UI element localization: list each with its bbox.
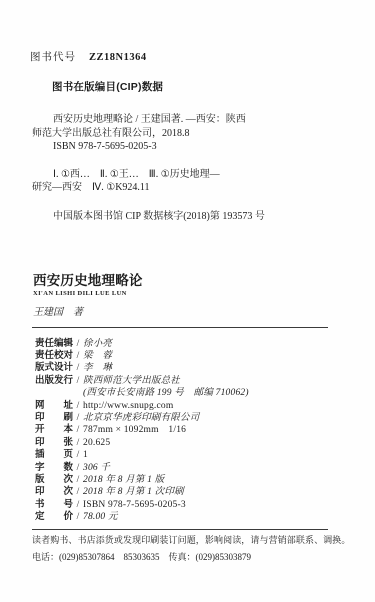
colophon-label: 印 次 — [35, 486, 73, 498]
book-code-label: 图书代号 — [30, 52, 76, 63]
colophon-separator: / — [73, 424, 83, 436]
colophon-label: 版式设计 — [35, 362, 73, 374]
cip-classification: Ⅰ. ①西… Ⅱ. ①王… Ⅲ. ①历史地理— 研究—西安 Ⅳ. ①K924.1… — [32, 168, 272, 195]
cip-heading: 图书在版编目(CIP)数据 — [52, 81, 375, 93]
book-title: 西安历史地理略论 — [33, 273, 375, 288]
colophon-value-url: http://www.snupg.com — [83, 400, 173, 412]
colophon-row-publisher: 出版发行 / 陕西师范大学出版总社 — [0, 375, 375, 387]
cip-isbn-line: ISBN 978-7-5695-0205-3 — [32, 140, 272, 154]
colophon-value: 北京京华虎彩印刷有限公司 — [83, 412, 199, 424]
book-code-line: 图书代号ZZ18N1364 — [30, 0, 375, 64]
colophon-separator: / — [73, 462, 83, 474]
colophon-row-inserts: 插 页 / 1 — [0, 449, 375, 461]
colophon-value: 306 千 — [83, 462, 110, 474]
book-title-pinyin: XI'AN LISHI DILI LUE LUN — [33, 290, 375, 298]
classification-line-1: Ⅰ. ①西… Ⅱ. ①王… Ⅲ. ①历史地理— — [32, 168, 272, 182]
cip-record-number: 中国版本图书馆 CIP 数据核字(2018)第 193573 号 — [32, 210, 375, 223]
colophon-value: 徐小亮 — [83, 338, 112, 350]
colophon-row-printing: 印 次 / 2018 年 8 月第 1 次印刷 — [0, 486, 375, 498]
colophon-row-website: 网 址 / http://www.snupg.com — [0, 400, 375, 412]
colophon-row-editor: 责任编辑 / 徐小亮 — [0, 338, 375, 350]
publisher-address-row: (西安市长安南路 199 号 邮编 710062) — [0, 387, 375, 399]
book-copyright-page: 图书代号ZZ18N1364 图书在版编目(CIP)数据 西安历史地理略论 / 王… — [0, 0, 375, 602]
colophon-label: 插 页 — [35, 449, 73, 461]
colophon-value: 2018 年 8 月第 1 次印刷 — [83, 486, 184, 498]
colophon-list: 责任编辑 / 徐小亮 责任校对 / 梁 蓉 版式设计 / 李 琳 出版发行 / … — [0, 338, 375, 524]
colophon-separator: / — [73, 449, 83, 461]
colophon-separator: / — [73, 412, 83, 424]
colophon-separator: / — [73, 375, 83, 387]
colophon-separator: / — [73, 400, 83, 412]
colophon-value: 李 琳 — [83, 362, 112, 374]
colophon-value: 梁 蓉 — [83, 350, 112, 362]
colophon-separator: / — [73, 362, 83, 374]
colophon-separator: / — [73, 474, 83, 486]
colophon-row-word-count: 字 数 / 306 千 — [0, 462, 375, 474]
colophon-value: 1 — [83, 449, 88, 461]
book-code-value: ZZ18N1364 — [89, 52, 147, 63]
colophon-separator: / — [73, 499, 83, 511]
colophon-value: 陕西师范大学出版总社 — [83, 375, 180, 387]
cip-line-1: 西安历史地理略论 / 王建国著. —西安：陕西 — [32, 113, 272, 127]
divider-line-top — [32, 327, 328, 328]
colophon-label: 书 号 — [35, 499, 73, 511]
colophon-label: 版 次 — [35, 474, 73, 486]
colophon-label: 网 址 — [35, 400, 73, 412]
colophon-row-format: 开 本 / 787mm × 1092mm 1/16 — [0, 424, 375, 436]
colophon-value: 787mm × 1092mm 1/16 — [83, 424, 186, 436]
colophon-row-edition: 版 次 / 2018 年 8 月第 1 版 — [0, 474, 375, 486]
colophon-separator: / — [73, 350, 83, 362]
colophon-label: 印 张 — [35, 437, 73, 449]
classification-line-2: 研究—西安 Ⅳ. ①K924.11 — [32, 181, 272, 195]
colophon-value: ISBN 978-7-5695-0205-3 — [83, 499, 186, 511]
colophon-row-price: 定 价 / 78.00 元 — [0, 511, 375, 523]
colophon-row-isbn: 书 号 / ISBN 978-7-5695-0205-3 — [0, 499, 375, 511]
book-author: 王建国 著 — [33, 307, 375, 319]
publisher-address: (西安市长安南路 199 号 邮编 710062) — [83, 387, 249, 399]
colophon-label: 印 刷 — [35, 412, 73, 424]
colophon-label: 责任校对 — [35, 350, 73, 362]
colophon-value: 20.625 — [83, 437, 110, 449]
colophon-separator: / — [73, 486, 83, 498]
colophon-row-proofreader: 责任校对 / 梁 蓉 — [0, 350, 375, 362]
colophon-row-sheets: 印 张 / 20.625 — [0, 437, 375, 449]
footer: 读者购书、书店添货或发现印刷装订问题，影响阅读，请与营销部联系、调换。 电话：(… — [32, 535, 352, 563]
colophon-value: 78.00 元 — [83, 511, 118, 523]
colophon-separator: / — [73, 437, 83, 449]
colophon-separator: / — [73, 511, 83, 523]
footer-contact: 电话：(029)85307864 85303635 传真：(029)853038… — [32, 552, 352, 563]
colophon-label: 定 价 — [35, 511, 73, 523]
colophon-value: 2018 年 8 月第 1 版 — [83, 474, 164, 486]
colophon-label: 出版发行 — [35, 375, 73, 387]
colophon-label: 开 本 — [35, 424, 73, 436]
divider-line-bottom — [32, 529, 328, 530]
cip-line-2: 师范大学出版总社有限公司，2018.8 — [32, 127, 272, 141]
colophon-separator: / — [73, 338, 83, 350]
title-block: 西安历史地理略论 XI'AN LISHI DILI LUE LUN 王建国 著 — [33, 273, 375, 319]
colophon-label: 字 数 — [35, 462, 73, 474]
cip-paragraph: 西安历史地理略论 / 王建国著. —西安：陕西 师范大学出版总社有限公司，201… — [32, 113, 272, 154]
colophon-label: 责任编辑 — [35, 338, 73, 350]
footer-notice: 读者购书、书店添货或发现印刷装订问题，影响阅读，请与营销部联系、调换。 — [32, 535, 352, 546]
colophon-row-printer: 印 刷 / 北京京华虎彩印刷有限公司 — [0, 412, 375, 424]
colophon-row-layout-designer: 版式设计 / 李 琳 — [0, 362, 375, 374]
